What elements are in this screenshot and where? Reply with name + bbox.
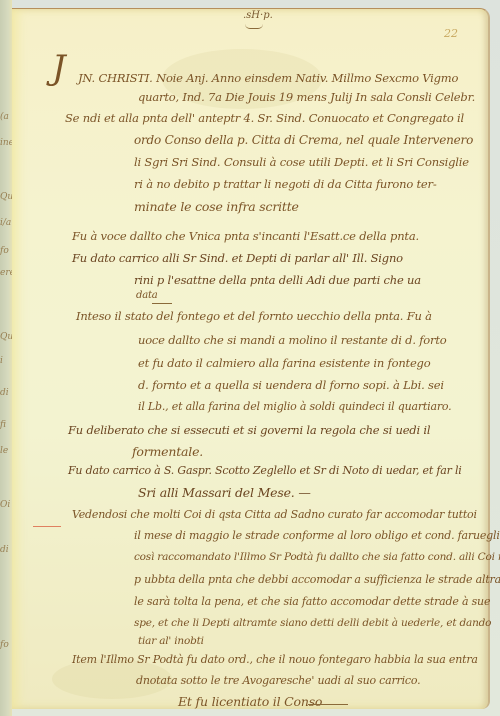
line-flourish — [152, 303, 172, 304]
text-line: Fu dato carrico à S. Gaspr. Scotto Zegle… — [68, 464, 462, 477]
text-line: li Sgri Sri Sind. Consuli à cose utili D… — [134, 155, 469, 169]
margin-fragment: le — [0, 446, 8, 456]
text-line: data — [136, 290, 158, 301]
text-line: p ubbta della pnta che debbi accomodar a… — [134, 573, 500, 586]
text-line: minate le cose infra scritte — [134, 199, 299, 214]
margin-fragment: di — [0, 545, 9, 555]
text-line: rini p l'esattne della pnta delli Adi du… — [134, 273, 421, 287]
margin-fragment: ine — [0, 138, 12, 148]
previous-page-edge: (a ine Qui i/a fo ere Qui i di fi le Oi … — [0, 0, 12, 716]
text-line: Item l'Illmo Sr Podtà fu dato ord., che … — [72, 653, 478, 666]
folio-mark: .sH·p. — [243, 10, 273, 21]
margin-fragment: fo — [0, 640, 9, 650]
text-line: tiar al' inobti — [138, 635, 204, 647]
text-line: ri à no debito p trattar li negoti di da… — [134, 177, 437, 191]
text-line: Et fu licentiato il Conso — [178, 694, 322, 709]
red-margin-mark — [33, 526, 61, 527]
margin-fragment: fi — [0, 420, 6, 430]
text-line: Fu dato carrico alli Sr Sind. et Depti d… — [72, 251, 403, 265]
text-line: il mese di maggio le strade conforme al … — [134, 529, 500, 542]
text-line: d. fornto et a quella si uendera dl forn… — [138, 378, 444, 392]
text-line: il Lb., et alla farina del miglio à sold… — [138, 400, 451, 413]
text-line: Fu à voce dallto che Vnica pnta s'incant… — [72, 229, 419, 243]
text-line: spe, et che li Depti altramte siano dett… — [134, 617, 491, 629]
margin-fragment: Oi — [0, 500, 10, 510]
closing-flourish — [308, 704, 348, 705]
decorated-initial: J — [52, 48, 66, 88]
text-line: le sarà tolta la pena, et che sia fatto … — [134, 595, 490, 608]
margin-fragment: ere — [0, 268, 12, 278]
text-line: ordo Conso della p. Citta di Crema, nel … — [134, 133, 473, 147]
text-line: Sri alli Massari del Mese. — — [138, 485, 311, 500]
text-line: JN. CHRISTI. Noie Anj. Anno einsdem Nati… — [78, 71, 458, 85]
text-line: Vedendosi che molti Coi di qsta Citta ad… — [72, 508, 477, 521]
text-line: uoce dallto che si mandi a molino il res… — [138, 333, 446, 347]
text-line: quarto, Ind. 7a Die Jouis 19 mens Julij … — [138, 90, 475, 104]
text-line: Fu deliberato che si essecuti et si gove… — [68, 423, 430, 437]
text-line: Se ndi et alla pnta dell' anteptr 4. Sr.… — [65, 111, 464, 125]
margin-fragment: (a — [0, 112, 9, 122]
text-line: et fu dato il calmiero alla farina esist… — [138, 356, 430, 370]
margin-fragment: i/a — [0, 218, 11, 228]
text-line: formentale. — [132, 444, 203, 459]
margin-fragment: i — [0, 356, 3, 366]
margin-fragment: Qui — [0, 332, 12, 342]
folio-number: 22 — [444, 27, 458, 40]
text-line: dnotata sotto le tre Avogaresche' uadi a… — [136, 674, 420, 687]
text-line: Inteso il stato del fontego et del fornt… — [76, 309, 432, 323]
text-line: così raccomandato l'Illmo Sr Podtà fu da… — [134, 551, 500, 563]
margin-fragment: Qui — [0, 192, 12, 202]
margin-fragment: di — [0, 388, 9, 398]
margin-fragment: fo — [0, 246, 9, 256]
